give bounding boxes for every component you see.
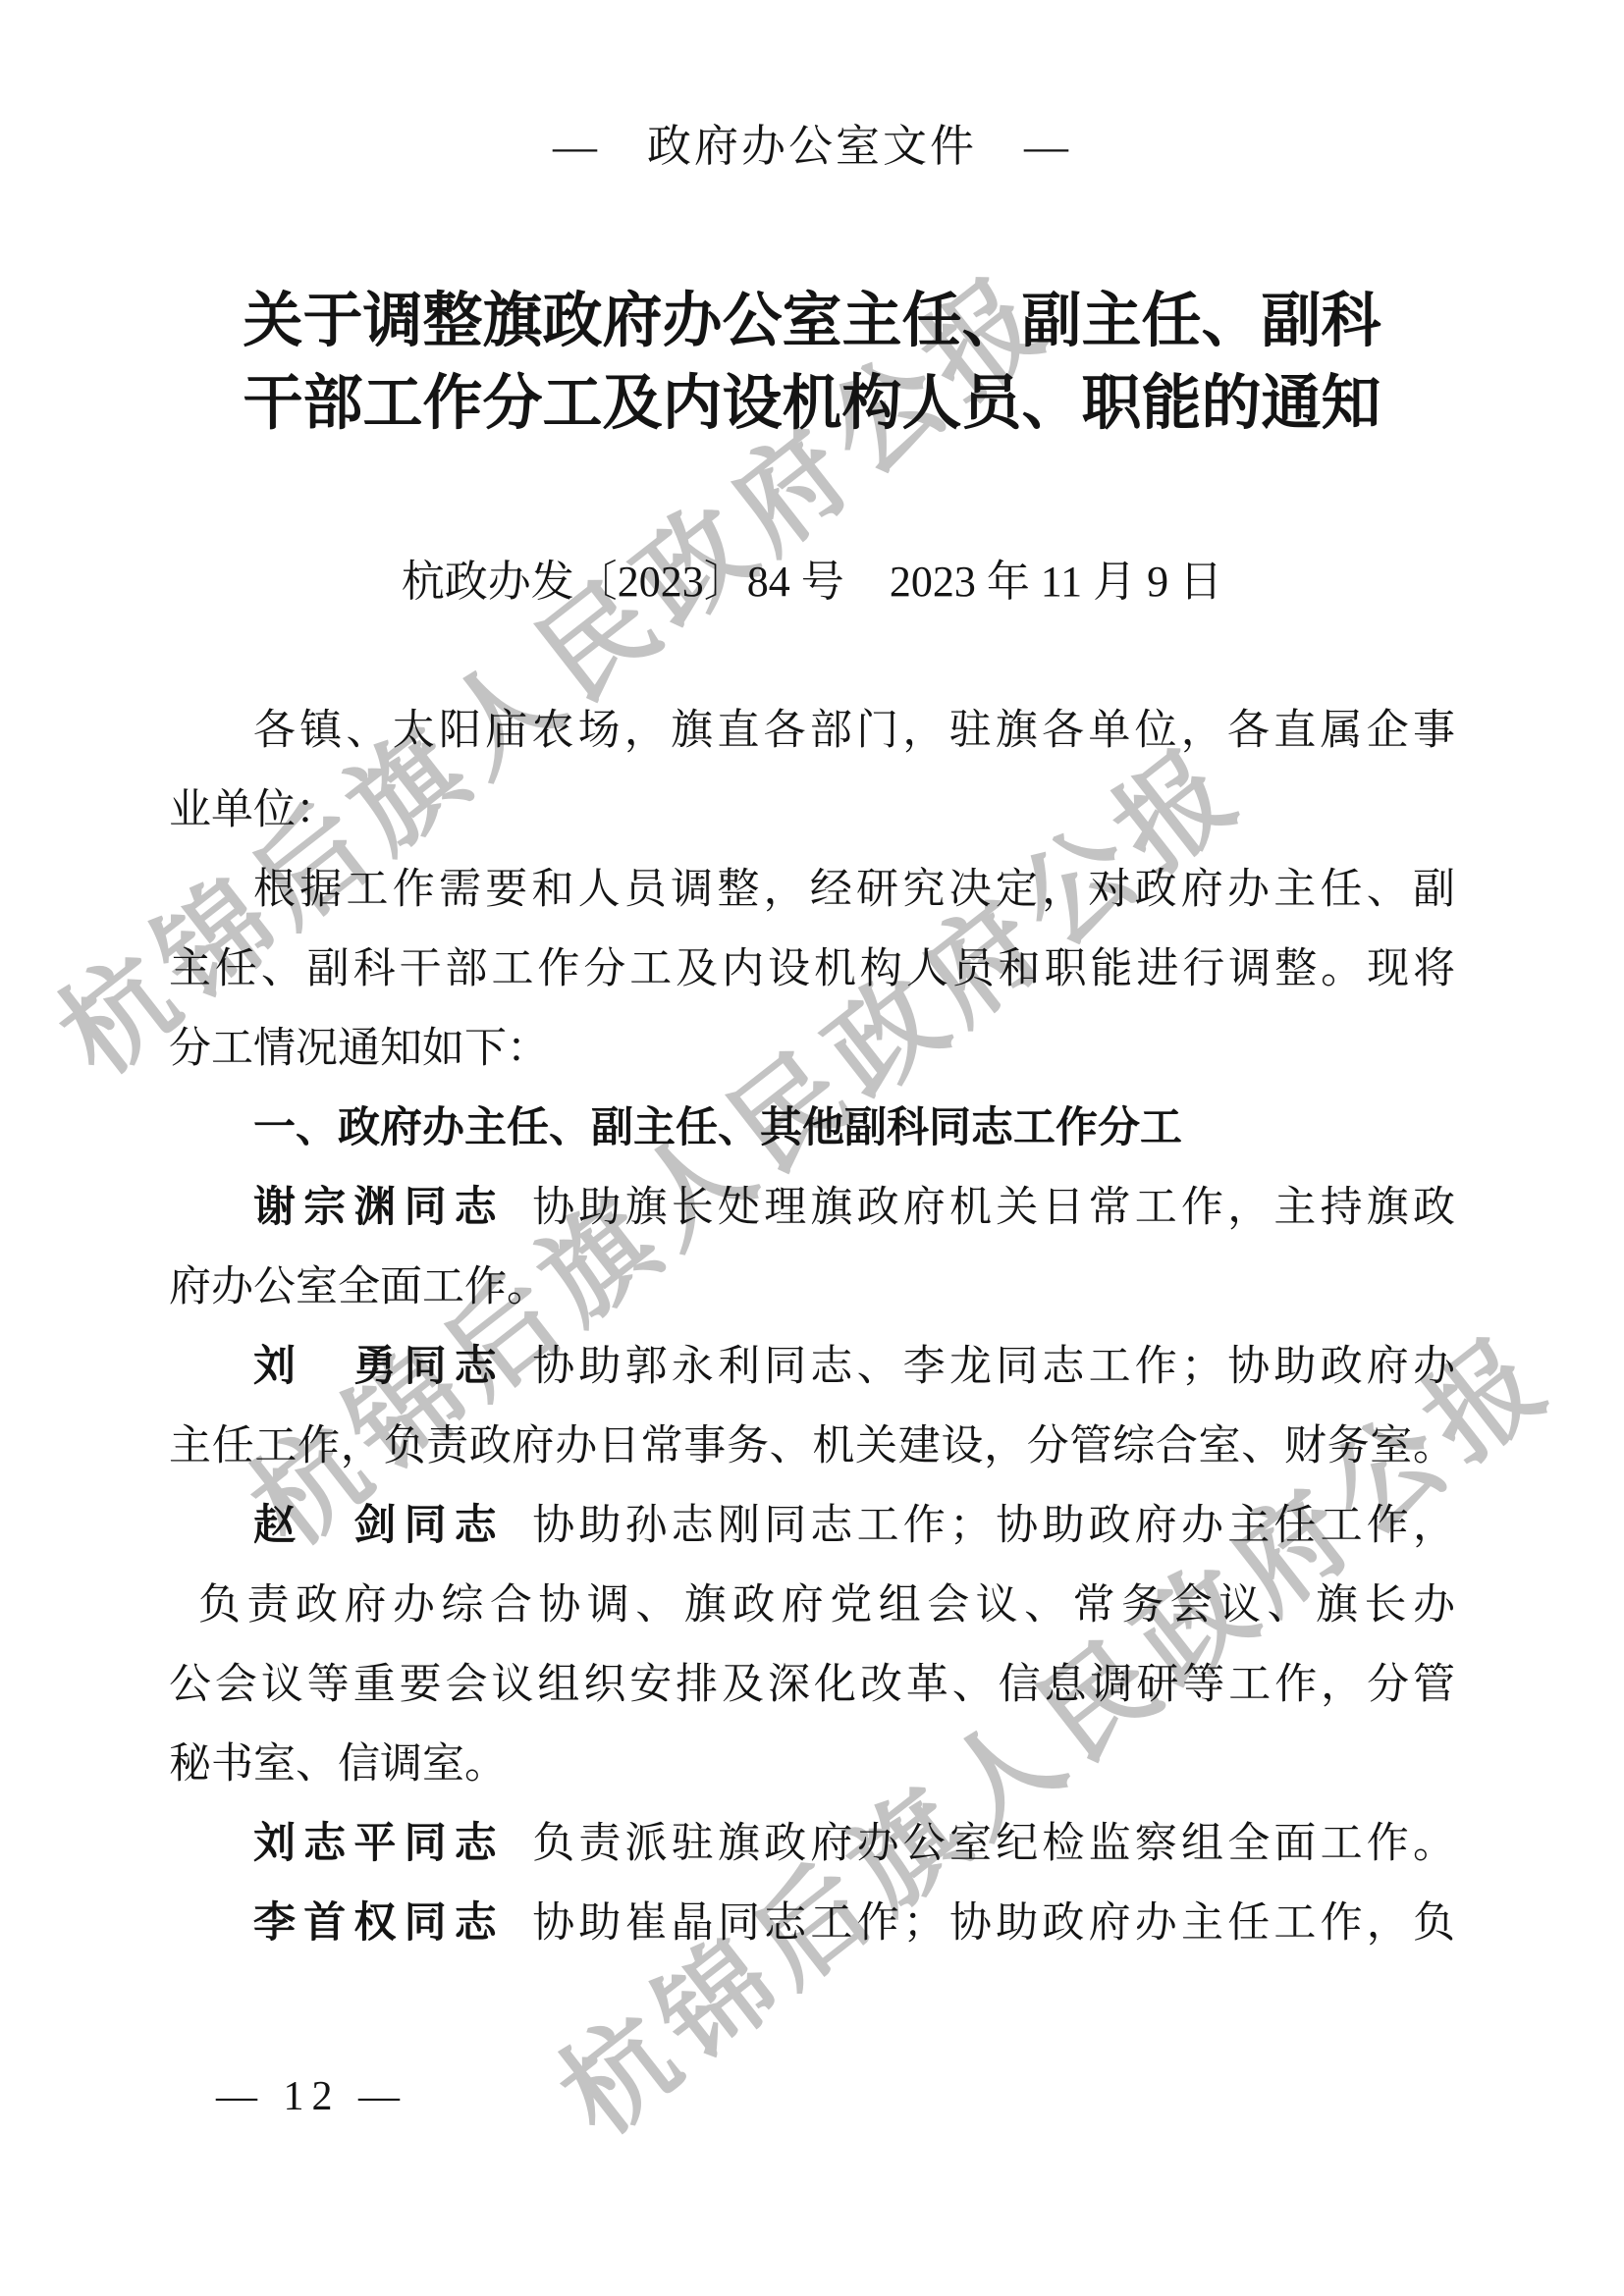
body-text: 主任、副科干部工作分工及内设机构人员和职能进行调整。现将 [169, 946, 1455, 992]
section-heading: 一、政府办主任、副主任、其他副科同志工作分工 [169, 1089, 1455, 1168]
document-title-line2: 干部工作分工及内设机构人员、职能的通知 [0, 363, 1624, 446]
body-text: 秘书室、信调室。 [169, 1741, 507, 1788]
body-text: 负责派驻旗政府办公室纪检监察组全面工作。 [528, 1821, 1455, 1867]
doc-meta-line: 杭政办发〔2023〕84 号2023 年 11 月 9 日 [0, 546, 1624, 609]
person-name: 刘志平同志 [253, 1820, 505, 1867]
document-title-line1: 关于调整旗政府办公室主任、副主任、副科 [0, 281, 1624, 363]
person-name: 赵 剑同志 [253, 1502, 505, 1549]
body-text: 府办公室全面工作。 [169, 1264, 549, 1310]
person-name: 刘 勇同志 [253, 1343, 505, 1390]
header-tagline: — 政府办公室文件 — [0, 110, 1624, 174]
doc-number: 杭政办发〔2023〕84 号 [402, 558, 844, 606]
body-line: 秘书室、信调室。 [169, 1725, 1455, 1804]
body-text: 公会议等重要会议组织安排及深化改革、信息调研等工作，分管 [169, 1662, 1455, 1708]
body-text: 业单位： [169, 787, 338, 833]
body-text: 分工情况通知如下： [169, 1026, 549, 1072]
doc-date: 2023 年 11 月 9 日 [890, 558, 1222, 606]
person-name: 李首权同志 [253, 1899, 505, 1947]
document-body: 各镇、太阳庙农场，旗直各部门，驻旗各单位，各直属企事 业单位： 根据工作需要和人… [169, 691, 1455, 1963]
body-line: 赵 剑同志协助孙志刚同志工作；协助政府办主任工作， [169, 1486, 1455, 1566]
body-line: 主任、副科干部工作分工及内设机构人员和职能进行调整。现将 [169, 930, 1455, 1009]
body-line: 主任工作，负责政府办日常事务、机关建设，分管综合室、财务室。 [169, 1407, 1455, 1486]
body-line: 负责政府办综合协调、旗政府党组会议、常务会议、旗长办 [169, 1566, 1455, 1645]
body-line: 李首权同志协助崔晶同志工作；协助政府办主任工作，负 [169, 1884, 1455, 1963]
body-line: 谢宗渊同志协助旗长处理旗政府机关日常工作，主持旗政 [169, 1168, 1455, 1248]
body-line: 根据工作需要和人员调整，经研究决定，对政府办主任、副 [169, 850, 1455, 930]
document-title: 关于调整旗政府办公室主任、副主任、副科 干部工作分工及内设机构人员、职能的通知 [0, 281, 1624, 446]
body-line: 分工情况通知如下： [169, 1009, 1455, 1089]
body-text: 协助孙志刚同志工作；协助政府办主任工作， [528, 1503, 1455, 1549]
body-line: 各镇、太阳庙农场，旗直各部门，驻旗各单位，各直属企事 [169, 691, 1455, 771]
body-text: 各镇、太阳庙农场，旗直各部门，驻旗各单位，各直属企事 [253, 708, 1455, 754]
document-page: 杭锦后旗人民政府公报 杭锦后旗人民政府公报 杭锦后旗人民政府公报 — 政府办公室… [0, 0, 1624, 2296]
body-text: 负责政府办综合协调、旗政府党组会议、常务会议、旗长办 [198, 1582, 1455, 1629]
body-text: 主任工作，负责政府办日常事务、机关建设，分管综合室、财务室。 [169, 1423, 1455, 1469]
person-name: 谢宗渊同志 [253, 1184, 505, 1231]
body-line: 府办公室全面工作。 [169, 1248, 1455, 1327]
body-text: 协助崔晶同志工作；协助政府办主任工作，负 [528, 1900, 1455, 1947]
section-heading-text: 一、政府办主任、副主任、其他副科同志工作分工 [253, 1104, 1182, 1151]
body-text: 协助郭永利同志、李龙同志工作；协助政府办 [528, 1344, 1455, 1390]
body-line: 刘志平同志负责派驻旗政府办公室纪检监察组全面工作。 [169, 1804, 1455, 1884]
body-text: 根据工作需要和人员调整，经研究决定，对政府办主任、副 [253, 867, 1455, 913]
body-line: 业单位： [169, 771, 1455, 850]
body-line: 刘 勇同志协助郭永利同志、李龙同志工作；协助政府办 [169, 1327, 1455, 1407]
body-text: 协助旗长处理旗政府机关日常工作，主持旗政 [528, 1185, 1455, 1231]
body-line: 公会议等重要会议组织安排及深化改革、信息调研等工作，分管 [169, 1645, 1455, 1725]
page-number: — 12 — [216, 2073, 407, 2120]
